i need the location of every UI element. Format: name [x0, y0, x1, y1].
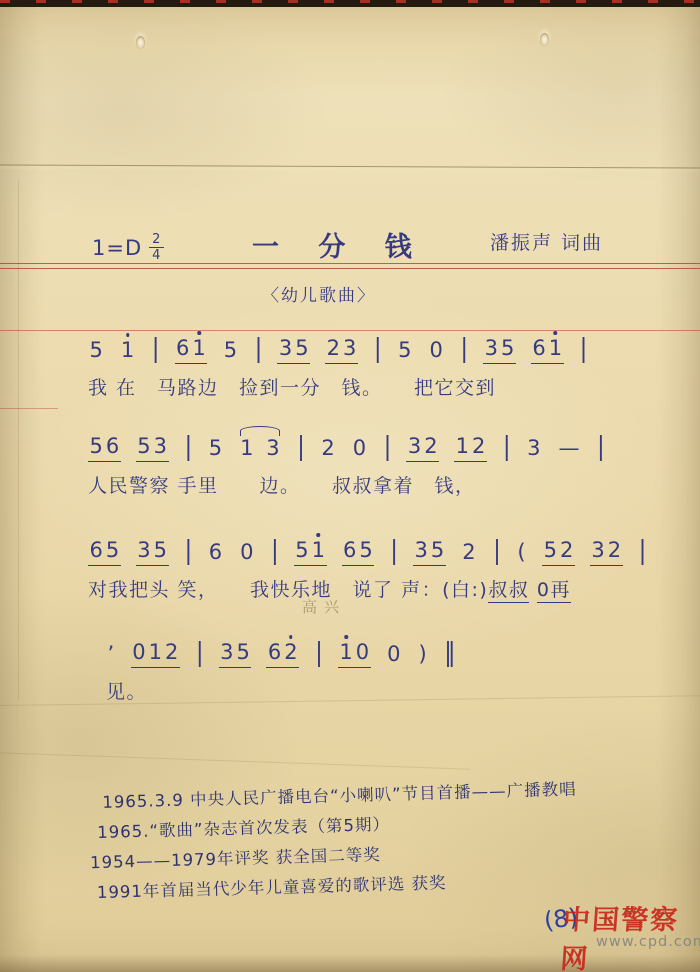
note-char: 3 [152, 434, 168, 459]
note-char: 2 [283, 640, 299, 665]
staple-hole-left [136, 36, 145, 49]
bar-line: | [384, 432, 392, 463]
jianpu-note: 2 [461, 540, 477, 565]
note-char: 5 [542, 538, 558, 563]
jianpu-note: 62 [266, 640, 299, 667]
note-char: 1 [338, 640, 354, 665]
note-char: 5 [500, 336, 516, 361]
note-char: 5 [152, 538, 168, 563]
red-rule-line [0, 268, 700, 269]
note-char: 3 [526, 436, 542, 461]
note-char: 5 [207, 436, 223, 461]
note-char: 3 [136, 538, 152, 563]
bar-line: | [460, 334, 468, 365]
note-char: 3 [590, 538, 606, 563]
jianpu-note: 35 [219, 640, 252, 667]
note-char: 2 [461, 540, 477, 565]
note-char: 5 [397, 338, 413, 363]
manuscript-scan: 1=D24 一 分 钱 潘振声 词曲 〈幼儿歌曲〉 51|615|3523|50… [0, 0, 700, 972]
bar-line: | [185, 432, 193, 463]
note-char: 2 [558, 538, 574, 563]
jianpu-note: 51 [294, 538, 327, 565]
red-rule-line [0, 330, 700, 331]
note-char [255, 436, 265, 461]
note-char: 3 [219, 640, 235, 665]
lyrics-row: 见。 [106, 677, 691, 704]
jianpu-note: 0 [428, 338, 444, 363]
key-signature: 1=D24 [92, 233, 164, 262]
lyric-segment: 我 在 马路边 捡到一分 钱。 把它交到 [88, 377, 496, 399]
jianpu-note: 35 [413, 538, 446, 565]
bar-line: | [271, 536, 279, 567]
jianpu-note: 5 [222, 338, 238, 363]
note-char: 5 [136, 434, 152, 459]
note-char: 2 [470, 434, 486, 459]
note-char: 1 [547, 336, 563, 361]
jianpu-note: 35 [483, 336, 516, 363]
jianpu-note: 3 [526, 436, 542, 461]
paper-fold-line [0, 164, 700, 168]
composer-credit: 潘振声 词曲 [490, 228, 603, 255]
note-char: 5 [429, 538, 445, 563]
note-char: ( [516, 540, 527, 565]
lyrics-row: 人民警察 手里 边。 叔叔拿着 钱， [88, 471, 673, 498]
note-char: 5 [294, 336, 310, 361]
bar-line: | [374, 334, 382, 365]
note-char: ’ [106, 642, 116, 667]
bar-line: | [152, 334, 160, 365]
note-char: 0 [428, 338, 444, 363]
jianpu-note: 2 [320, 436, 336, 461]
jianpu-note: 5 [88, 338, 104, 363]
note-char: 6 [88, 538, 104, 563]
note-char: 5 [358, 538, 374, 563]
jianpu-note: 32 [590, 538, 623, 565]
jianpu-note: 23 [325, 336, 358, 363]
lyric-segment: 人民警察 手里 边。 叔叔拿着 钱， [88, 475, 476, 497]
note-char: 3 [406, 434, 422, 459]
bar-line: | [597, 432, 605, 463]
song-subtitle: 〈幼儿歌曲〉 [262, 281, 376, 306]
scan-edge-top [0, 0, 700, 7]
lyrics-row: 对我把头 笑， 我快乐地 说了 声：(白:)叔叔 0再 [88, 575, 673, 602]
note-char: 2 [325, 336, 341, 361]
lyric-segment: 叔叔 [488, 579, 529, 603]
bar-line: | [315, 638, 323, 669]
lyric-segment: 对我把头 笑， 我快乐地 说了 声：(白:) [88, 579, 488, 601]
note-char: 6 [104, 434, 120, 459]
jianpu-note: 65 [342, 538, 375, 565]
bar-line: | [503, 432, 511, 463]
bar-line: | [196, 638, 204, 669]
jianpu-notes-row: 51|615|3523|50|3561| [88, 336, 673, 364]
jianpu-note: 61 [175, 336, 208, 363]
note-char: 0 [386, 642, 402, 667]
note-char: 5 [88, 434, 104, 459]
jianpu-note: 0 [386, 642, 402, 667]
note-char: 2 [320, 436, 336, 461]
time-signature-bottom: 4 [149, 248, 164, 262]
jianpu-note: 012 [131, 640, 180, 667]
jianpu-note: 10 [338, 640, 371, 667]
jianpu-note: 5 [397, 338, 413, 363]
time-signature: 24 [149, 233, 164, 262]
watermark-url: www.cpd.com.cn [596, 934, 700, 950]
bar-line: ‖ [444, 638, 456, 669]
bar-line: | [185, 536, 193, 567]
note-char: 1 [191, 336, 207, 361]
score-line: 6535|60|5165|352|(5232| 对我把头 笑， 我快乐地 说了 … [88, 538, 673, 602]
note-char: 0 [351, 436, 367, 461]
note-char: 3 [413, 538, 429, 563]
note-char: — [557, 436, 581, 461]
note-char: 2 [163, 640, 179, 665]
jianpu-note: 32 [406, 434, 439, 461]
key-signature-text: 1=D [92, 236, 142, 260]
lyric-segment [529, 579, 537, 601]
note-char: 6 [266, 640, 282, 665]
note-char: 2 [606, 538, 622, 563]
note-char: 3 [483, 336, 499, 361]
jianpu-note: 5 [207, 436, 223, 461]
note-char: 5 [235, 640, 251, 665]
jianpu-notes-row: 5653|51 3|20|3212|3—| [88, 434, 673, 462]
score-line: ’012|3562|100)‖ 见。 [106, 640, 691, 704]
bar-line: | [255, 334, 263, 365]
note-char: 5 [222, 338, 238, 363]
note-char: 3 [342, 336, 358, 361]
jianpu-note: ’ [106, 642, 116, 667]
bar-line: | [390, 536, 398, 567]
note-char: 1 [147, 640, 163, 665]
note-char: 5 [294, 538, 310, 563]
note-char: 1 [310, 538, 326, 563]
note-char: 3 [277, 336, 293, 361]
note-char: 2 [423, 434, 439, 459]
bar-line: | [493, 536, 501, 567]
note-char: 1 [239, 436, 255, 461]
jianpu-note: 52 [542, 538, 575, 565]
lyric-segment: 0再 [537, 579, 571, 603]
note-char: 0 [354, 640, 370, 665]
jianpu-notes-row: ’012|3562|100)‖ [106, 640, 691, 668]
footnotes-block: 1965.3.9 中央人民广播电台“小喇叭”节目首播——广播教唱 1965.“歌… [96, 775, 579, 908]
note-char: ) [417, 642, 428, 667]
jianpu-note: 35 [277, 336, 310, 363]
paper-crease [0, 751, 470, 769]
bar-line: | [580, 334, 588, 365]
paper-crease [18, 180, 19, 700]
note-char: 6 [531, 336, 547, 361]
score-line: 51|615|3523|50|3561| 我 在 马路边 捡到一分 钱。 把它交… [88, 336, 673, 400]
note-char: 5 [104, 538, 120, 563]
staple-hole-right [540, 33, 549, 46]
jianpu-note: 35 [136, 538, 169, 565]
jianpu-note: 65 [88, 538, 121, 565]
jianpu-note: 56 [88, 434, 121, 461]
time-signature-top: 2 [149, 233, 164, 248]
red-rule-fragment [0, 408, 58, 409]
jianpu-note: 0 [239, 540, 255, 565]
note-char: 5 [88, 338, 104, 363]
note-char: 1 [454, 434, 470, 459]
note-char: 0 [131, 640, 147, 665]
jianpu-notes-row: 6535|60|5165|352|(5232| [88, 538, 673, 566]
jianpu-note: 53 [136, 434, 169, 461]
jianpu-note: ( [516, 540, 527, 565]
bar-line: | [297, 432, 305, 463]
note-char: 0 [239, 540, 255, 565]
jianpu-note: ) [417, 642, 428, 667]
note-char: 1 [119, 338, 135, 363]
jianpu-note: 61 [531, 336, 564, 363]
jianpu-note: — [557, 436, 581, 461]
score-line: 5653|51 3|20|3212|3—| 人民警察 手里 边。 叔叔拿着 钱， [88, 434, 673, 498]
jianpu-note: 12 [454, 434, 487, 461]
note-char: 6 [342, 538, 358, 563]
pencil-annotation: 高兴 [302, 596, 346, 617]
lyric-segment: 见。 [106, 681, 147, 703]
jianpu-note: 0 [351, 436, 367, 461]
note-char: 6 [207, 540, 223, 565]
bar-line: | [639, 536, 647, 567]
jianpu-note: 1 [119, 338, 135, 363]
jianpu-note: 1 3 [239, 436, 281, 461]
jianpu-note: 6 [207, 540, 223, 565]
note-char: 6 [175, 336, 191, 361]
lyrics-row: 我 在 马路边 捡到一分 钱。 把它交到 [88, 373, 673, 400]
note-char: 3 [265, 436, 281, 461]
song-title: 一 分 钱 [252, 225, 427, 264]
